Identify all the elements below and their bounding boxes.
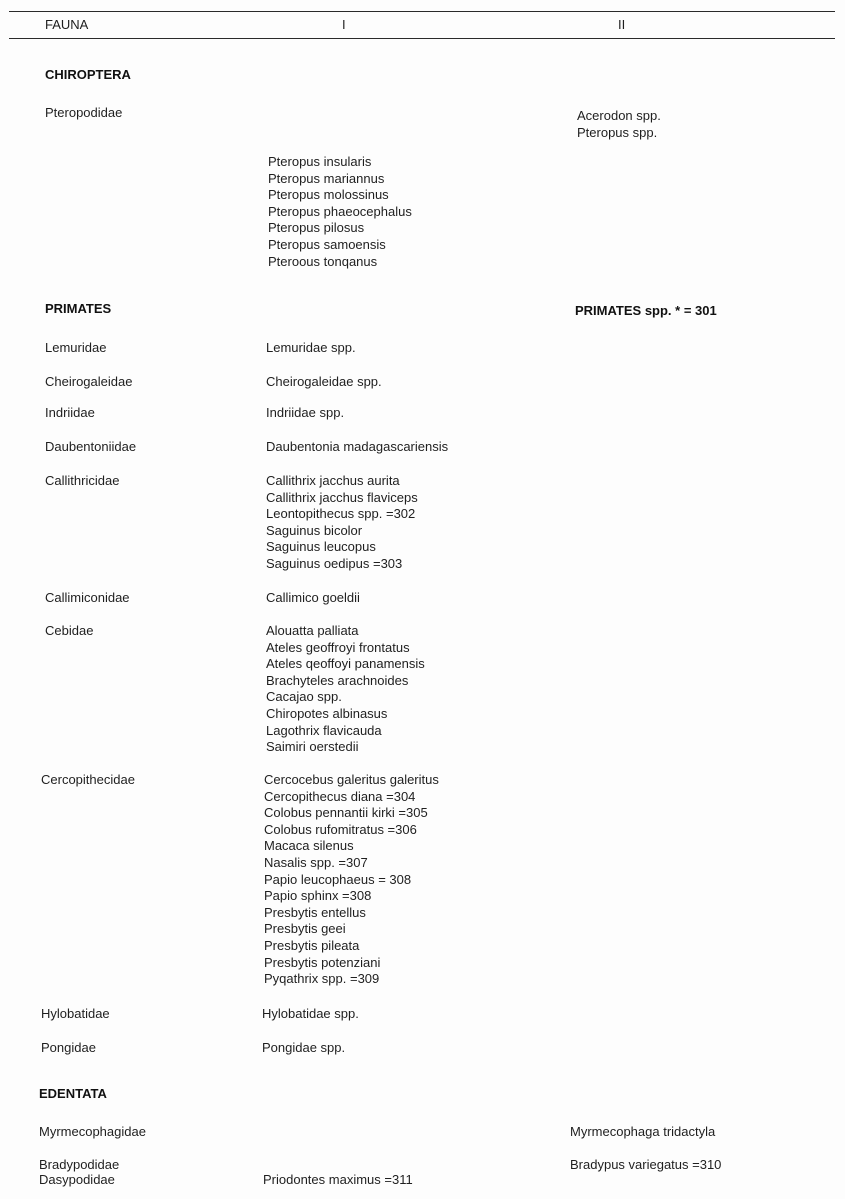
cheirogaleidae-appendix-i-list: Cheirogaleidae spp. bbox=[266, 374, 382, 391]
species-entry: Pyqathrix spp. =309 bbox=[264, 971, 439, 988]
species-entry: Pongidae spp. bbox=[262, 1040, 345, 1057]
family-dasypodidae: Dasypodidae bbox=[39, 1172, 115, 1189]
species-entry: Papio leucophaeus = 308 bbox=[264, 872, 439, 889]
pongidae-appendix-i-list: Pongidae spp. bbox=[262, 1040, 345, 1057]
species-entry: Leontopithecus spp. =302 bbox=[266, 506, 418, 523]
species-entry: Cacajao spp. bbox=[266, 689, 425, 706]
family-cercopithecidae: Cercopithecidae bbox=[41, 772, 135, 789]
hylobatidae-appendix-i-list: Hylobatidae spp. bbox=[262, 1006, 359, 1023]
species-entry: Myrmecophaga tridactyla bbox=[570, 1124, 715, 1141]
species-entry: Indriidae spp. bbox=[266, 405, 344, 422]
family-daubentoniidae: Daubentoniidae bbox=[45, 439, 136, 456]
cites-appendix-page: FAUNA I II CHIROPTERA Pteropodidae Acero… bbox=[0, 0, 845, 1199]
cercopithecidae-appendix-i-list: Cercocebus galeritus galeritusCercopithe… bbox=[264, 772, 439, 988]
species-entry: Hylobatidae spp. bbox=[262, 1006, 359, 1023]
callimiconidae-appendix-i-list: Callimico goeldii bbox=[266, 590, 360, 607]
species-entry: Pteropus insularis bbox=[268, 154, 412, 171]
species-entry: Ateles qeoffoyi panamensis bbox=[266, 656, 425, 673]
family-cebidae: Cebidae bbox=[45, 623, 93, 640]
callithricidae-appendix-i-list: Callithrix jacchus auritaCallithrix jacc… bbox=[266, 473, 418, 573]
species-entry: Presbytis geei bbox=[264, 921, 439, 938]
indriidae-appendix-i-list: Indriidae spp. bbox=[266, 405, 344, 422]
species-entry: Priodontes maximus =311 bbox=[263, 1172, 413, 1189]
species-entry: Callithrix jacchus flaviceps bbox=[266, 490, 418, 507]
species-entry: Colobus rufomitratus =306 bbox=[264, 822, 439, 839]
family-pongidae: Pongidae bbox=[41, 1040, 96, 1057]
species-entry: Pteropus molossinus bbox=[268, 187, 412, 204]
species-entry: Brachyteles arachnoides bbox=[266, 673, 425, 690]
header-appendix-i: I bbox=[342, 17, 346, 33]
header-fauna: FAUNA bbox=[45, 17, 88, 33]
species-entry: Presbytis entellus bbox=[264, 905, 439, 922]
species-entry: Pteropus spp. bbox=[577, 125, 661, 142]
family-lemuridae: Lemuridae bbox=[45, 340, 106, 357]
species-entry: Pteropus samoensis bbox=[268, 237, 412, 254]
species-entry: Presbytis pileata bbox=[264, 938, 439, 955]
species-entry: Chiropotes albinasus bbox=[266, 706, 425, 723]
lemuridae-appendix-i-list: Lemuridae spp. bbox=[266, 340, 356, 357]
family-hylobatidae: Hylobatidae bbox=[41, 1006, 110, 1023]
pteropodidae-appendix-ii-list: Acerodon spp. Pteropus spp. bbox=[577, 108, 661, 141]
cebidae-appendix-i-list: Alouatta palliataAteles geoffroyi fronta… bbox=[266, 623, 425, 756]
family-callimiconidae: Callimiconidae bbox=[45, 590, 130, 607]
species-entry: Bradypus variegatus =310 bbox=[570, 1157, 721, 1174]
species-entry: Nasalis spp. =307 bbox=[264, 855, 439, 872]
species-entry: Lagothrix flavicauda bbox=[266, 723, 425, 740]
header-bottom-rule bbox=[9, 38, 835, 39]
header-appendix-ii: II bbox=[618, 17, 625, 33]
species-entry: Presbytis potenziani bbox=[264, 955, 439, 972]
species-entry: Cheirogaleidae spp. bbox=[266, 374, 382, 391]
species-entry: Lemuridae spp. bbox=[266, 340, 356, 357]
family-myrmecophagidae: Myrmecophagidae bbox=[39, 1124, 146, 1141]
species-entry: Saguinus oedipus =303 bbox=[266, 556, 418, 573]
pteropodidae-appendix-i-list: Pteropus insularis Pteropus mariannus Pt… bbox=[268, 154, 412, 270]
species-entry: Callimico goeldii bbox=[266, 590, 360, 607]
family-callithricidae: Callithricidae bbox=[45, 473, 119, 490]
species-entry: Macaca silenus bbox=[264, 838, 439, 855]
family-pteropodidae: Pteropodidae bbox=[45, 105, 122, 122]
species-entry: Saguinus bicolor bbox=[266, 523, 418, 540]
species-entry: Cercopithecus diana =304 bbox=[264, 789, 439, 806]
species-entry: Callithrix jacchus aurita bbox=[266, 473, 418, 490]
species-entry: Papio sphinx =308 bbox=[264, 888, 439, 905]
species-entry: Saimiri oerstedii bbox=[266, 739, 425, 756]
species-entry: Colobus pennantii kirki =305 bbox=[264, 805, 439, 822]
species-entry: Saguinus leucopus bbox=[266, 539, 418, 556]
daubentoniidae-appendix-i-list: Daubentonia madagascariensis bbox=[266, 439, 448, 456]
order-primates: PRIMATES bbox=[45, 301, 111, 318]
species-entry: Pteropus mariannus bbox=[268, 171, 412, 188]
order-edentata: EDENTATA bbox=[39, 1086, 107, 1103]
species-entry: Alouatta palliata bbox=[266, 623, 425, 640]
species-entry: Acerodon spp. bbox=[577, 108, 661, 125]
species-entry: Cercocebus galeritus galeritus bbox=[264, 772, 439, 789]
family-indriidae: Indriidae bbox=[45, 405, 95, 422]
species-entry: Daubentonia madagascariensis bbox=[266, 439, 448, 456]
species-entry: Pteropus pilosus bbox=[268, 220, 412, 237]
family-cheirogaleidae: Cheirogaleidae bbox=[45, 374, 132, 391]
species-entry: Pteroous tonqanus bbox=[268, 254, 412, 271]
order-chiroptera: CHIROPTERA bbox=[45, 67, 131, 84]
species-entry: Ateles geoffroyi frontatus bbox=[266, 640, 425, 657]
header-top-rule bbox=[9, 11, 835, 12]
species-entry: Pteropus phaeocephalus bbox=[268, 204, 412, 221]
primates-appendix-ii-note: PRIMATES spp. * = 301 bbox=[575, 303, 717, 320]
